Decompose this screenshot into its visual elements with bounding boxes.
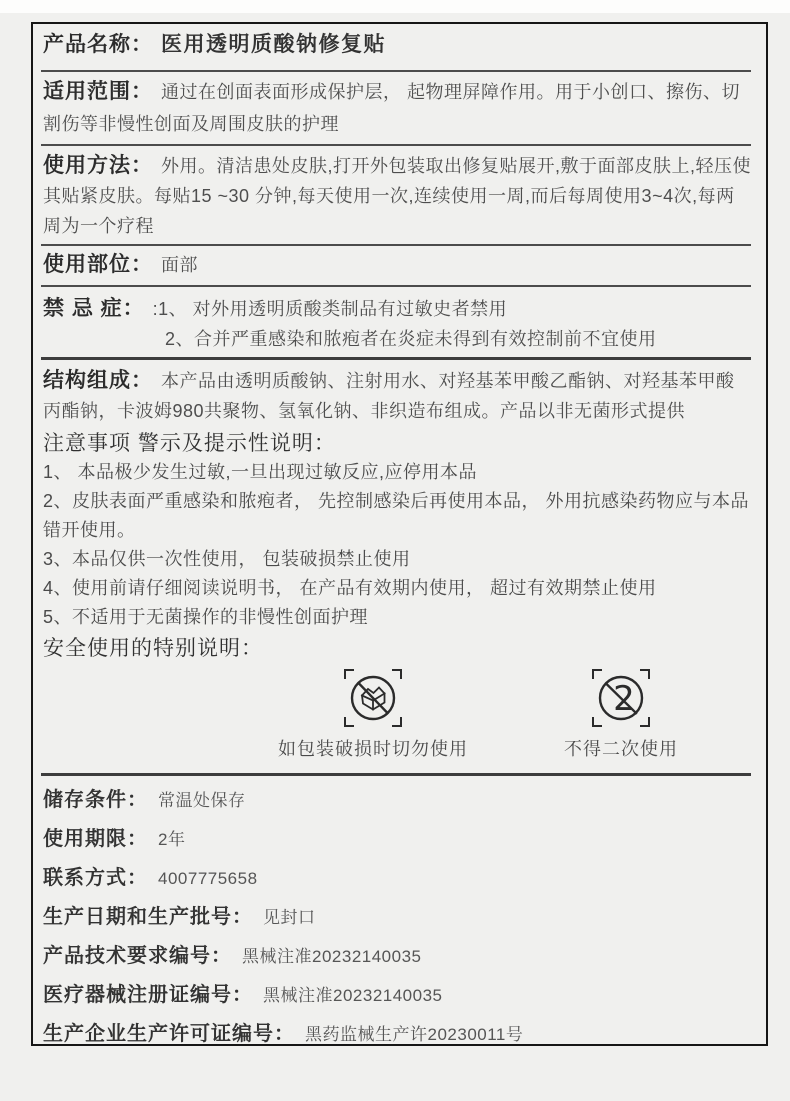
usage-row: 使用方法：外用。清洁患处皮肤,打开外包装取出修复贴展开,敷于面部皮肤上,轻压使其…	[41, 146, 752, 244]
scope-label: 适用范围：	[43, 80, 153, 103]
production-license-row: 生产企业生产许可证编号：黑药监械生产许20230011号	[43, 1022, 752, 1046]
page-top-margin	[0, 0, 790, 13]
tech-requirement-label: 产品技术要求编号：	[43, 945, 232, 967]
composition-label: 结构组成：	[43, 369, 153, 392]
body-part-value: 面部	[161, 255, 198, 275]
registration-no-value: 黑械注准20232140035	[263, 986, 443, 1005]
registration-info: 储存条件：常温处保存 使用期限：2年 联系方式：4007775658 生产日期和…	[41, 776, 752, 1046]
production-date-value: 见封口	[263, 908, 316, 927]
precaution-item: 3、本品仅供一次性使用， 包装破损禁止使用	[41, 545, 752, 574]
contraindications-label: 禁 忌 症：	[43, 297, 145, 320]
production-date-row: 生产日期和生产批号：见封口	[43, 905, 752, 931]
symbol-caption: 不得二次使用	[564, 737, 678, 761]
registration-no-row: 医疗器械注册证编号：黑械注准20232140035	[43, 983, 752, 1009]
symbol-do-not-reuse: 2 不得二次使用	[564, 667, 678, 761]
precaution-item: 4、使用前请仔细阅读说明书， 在产品有效期内使用， 超过有效期禁止使用	[41, 574, 752, 603]
product-name-row: 产品名称：医用透明质酸钠修复贴	[41, 24, 752, 70]
precaution-item: 1、 本品极少发生过敏,一旦出现过敏反应,应停用本品	[41, 458, 752, 487]
symbol-caption: 如包装破损时切勿使用	[278, 737, 468, 761]
precaution-item: 2、皮肤表面严重感染和脓疱者， 先控制感染后再使用本品， 外用抗感染药物应与本品…	[41, 487, 752, 545]
contact-row: 联系方式：4007775658	[43, 866, 752, 892]
shelf-life-value: 2年	[158, 830, 185, 849]
production-license-label: 生产企业生产许可证编号：	[43, 1023, 295, 1045]
shelf-life-row: 使用期限：2年	[43, 827, 752, 853]
shelf-life-label: 使用期限：	[43, 828, 148, 850]
production-date-label: 生产日期和生产批号：	[43, 906, 253, 928]
scope-row: 适用范围：通过在创面表面形成保护层， 起物理屏障作用。用于小创口、擦伤、切割伤等…	[41, 72, 752, 144]
composition-row: 结构组成：本产品由透明质酸钠、注射用水、对羟基苯甲酸乙酯钠、对羟基苯甲酸丙酯钠，…	[41, 360, 752, 427]
body-part-row: 使用部位：面部	[41, 246, 752, 285]
tech-requirement-row: 产品技术要求编号：黑械注准20232140035	[43, 944, 752, 970]
storage-row: 储存条件：常温处保存	[43, 788, 752, 814]
svg-text:2: 2	[613, 679, 635, 719]
contraindication-item-2: 2、合并严重感染和脓疱者在炎症未得到有效控制前不宜使用	[43, 325, 752, 353]
production-license-value: 黑药监械生产许20230011号	[305, 1025, 523, 1044]
storage-value: 常温处保存	[158, 791, 246, 810]
do-not-reuse-icon: 2	[590, 667, 652, 729]
body-part-label: 使用部位：	[43, 253, 153, 276]
storage-label: 储存条件：	[43, 789, 148, 811]
safety-heading: 安全使用的特别说明：	[41, 635, 752, 663]
precaution-item: 5、不适用于无菌操作的非慢性创面护理	[41, 603, 752, 632]
contact-value: 4007775658	[158, 869, 258, 888]
precautions-heading: 注意事项 警示及提示性说明：	[41, 430, 752, 458]
package-damaged-prohibited-icon	[342, 667, 404, 729]
symbol-package-damaged: 如包装破损时切勿使用	[278, 667, 468, 761]
usage-label: 使用方法：	[43, 154, 153, 177]
registration-no-label: 医疗器械注册证编号：	[43, 984, 253, 1006]
tech-requirement-value: 黑械注准20232140035	[242, 947, 422, 966]
product-spec-sheet: 产品名称：医用透明质酸钠修复贴 适用范围：通过在创面表面形成保护层， 起物理屏障…	[31, 22, 768, 1046]
product-name-value: 医用透明质酸钠修复贴	[161, 33, 386, 56]
product-name-label: 产品名称：	[43, 33, 153, 56]
safety-symbols: 如包装破损时切勿使用 2 不得二次使用	[41, 667, 752, 761]
contraindications-row: 禁 忌 症：:1、 对外用透明质酸类制品有过敏史者禁用 2、合并严重感染和脓疱者…	[41, 287, 752, 357]
contact-label: 联系方式：	[43, 867, 148, 889]
contraindication-item-1: :1、 对外用透明质酸类制品有过敏史者禁用	[153, 299, 508, 319]
